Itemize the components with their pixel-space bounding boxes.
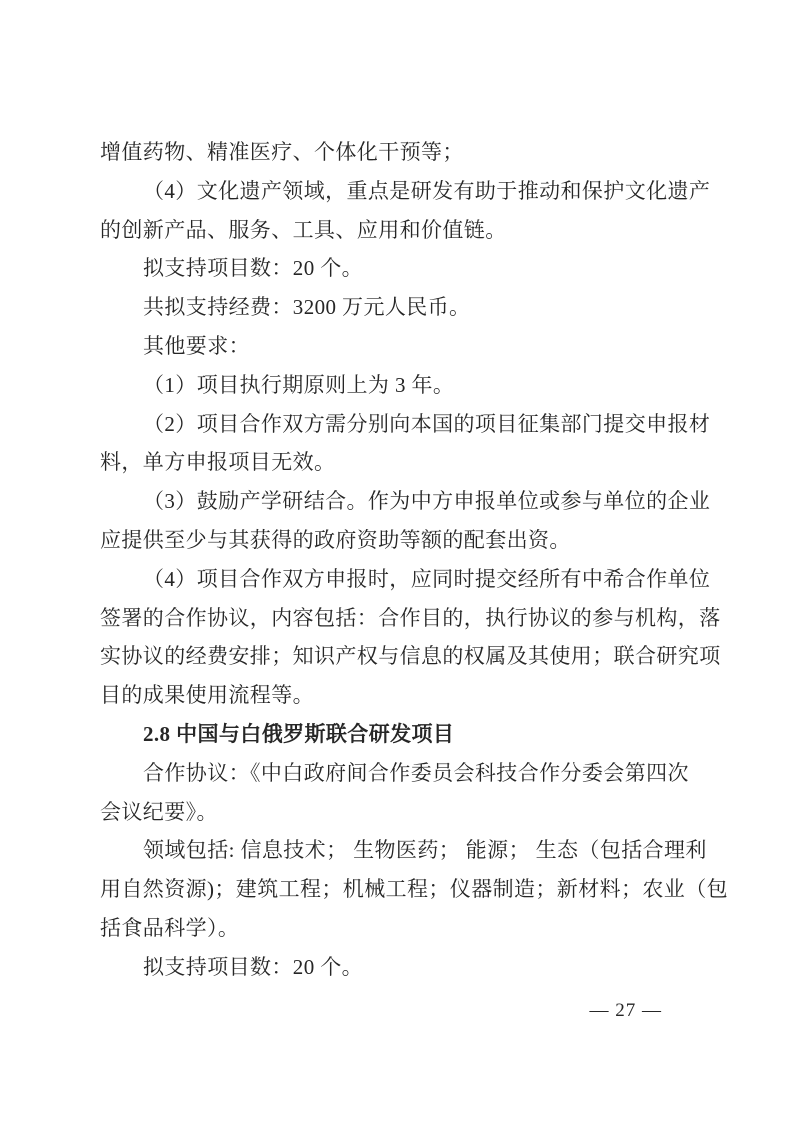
page-content: 增值药物、精准医疗、个体化干预等；（4）文化遗产领域，重点是研发有助于推动和保护…: [100, 133, 712, 987]
section-heading-2-8: 2.8 中国与白俄罗斯联合研发项目: [100, 715, 712, 754]
text-line-22: 拟支持项目数：20 个。: [100, 948, 712, 987]
text-line-9: 料，单方申报项目无效。: [100, 443, 712, 482]
text-line-6: 其他要求：: [100, 327, 712, 366]
text-line-15: 目的成果使用流程等。: [100, 676, 712, 715]
text-line-21: 括食品科学）。: [100, 909, 712, 948]
text-line-12: （4）项目合作双方申报时，应同时提交经所有中希合作单位: [100, 560, 712, 599]
text-line-8: （2）项目合作双方需分别向本国的项目征集部门提交申报材: [100, 405, 712, 444]
text-line-10: （3）鼓励产学研结合。作为中方申报单位或参与单位的企业: [100, 482, 712, 521]
text-line-4: 拟支持项目数：20 个。: [100, 249, 712, 288]
text-line-17: 合作协议：《中白政府间合作委员会科技合作分委会第四次: [100, 754, 712, 793]
text-line-14: 实协议的经费安排；知识产权与信息的权属及其使用；联合研究项: [100, 637, 712, 676]
document-page: 增值药物、精准医疗、个体化干预等；（4）文化遗产领域，重点是研发有助于推动和保护…: [0, 0, 794, 1123]
text-line-7: （1）项目执行期原则上为 3 年。: [100, 366, 712, 405]
text-line-5: 共拟支持经费：3200 万元人民币。: [100, 288, 712, 327]
text-line-3: 的创新产品、服务、工具、应用和价值链。: [100, 211, 712, 250]
text-line-18: 会议纪要》。: [100, 793, 712, 832]
text-line-11: 应提供至少与其获得的政府资助等额的配套出资。: [100, 521, 712, 560]
text-line-13: 签署的合作协议，内容包括：合作目的，执行协议的参与机构，落: [100, 599, 712, 638]
text-line-19: 领域包括: 信息技术； 生物医药； 能源； 生态（包括合理利: [100, 831, 712, 870]
page-number: — 27 —: [590, 999, 663, 1023]
text-line-2: （4）文化遗产领域，重点是研发有助于推动和保护文化遗产: [100, 172, 712, 211]
text-line-20: 用自然资源)；建筑工程；机械工程；仪器制造；新材料；农业（包: [100, 870, 712, 909]
text-line-1: 增值药物、精准医疗、个体化干预等；: [100, 133, 712, 172]
